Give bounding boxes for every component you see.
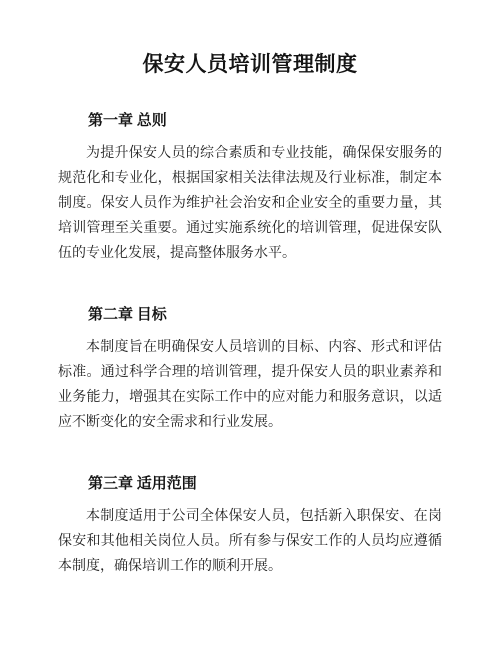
section-scope-of-application: 第三章 适用范围 本制度适用于公司全体保安人员，包括新入职保安、在岗保安和其他相… <box>58 473 442 579</box>
section-objectives: 第二章 目标 本制度旨在明确保安人员培训的目标、内容、形式和评估标准。通过科学合… <box>58 304 442 435</box>
section-paragraph-chapter-3: 本制度适用于公司全体保安人员，包括新入职保安、在岗保安和其他相关岗位人员。所有参… <box>58 504 442 579</box>
document-page: 保安人员培训管理制度 第一章 总则 为提升保安人员的综合素质和专业技能，确保保安… <box>0 0 500 647</box>
document-title: 保安人员培训管理制度 <box>58 50 442 80</box>
section-heading-chapter-3: 第三章 适用范围 <box>58 473 442 495</box>
section-heading-chapter-2: 第二章 目标 <box>58 304 442 326</box>
section-paragraph-chapter-2: 本制度旨在明确保安人员培训的目标、内容、形式和评估标准。通过科学合理的培训管理，… <box>58 335 442 435</box>
section-general-provisions: 第一章 总则 为提升保安人员的综合素质和专业技能，确保保安服务的规范化和专业化，… <box>58 110 442 266</box>
section-heading-chapter-1: 第一章 总则 <box>58 110 442 132</box>
section-paragraph-chapter-1: 为提升保安人员的综合素质和专业技能，确保保安服务的规范化和专业化，根据国家相关法… <box>58 141 442 266</box>
